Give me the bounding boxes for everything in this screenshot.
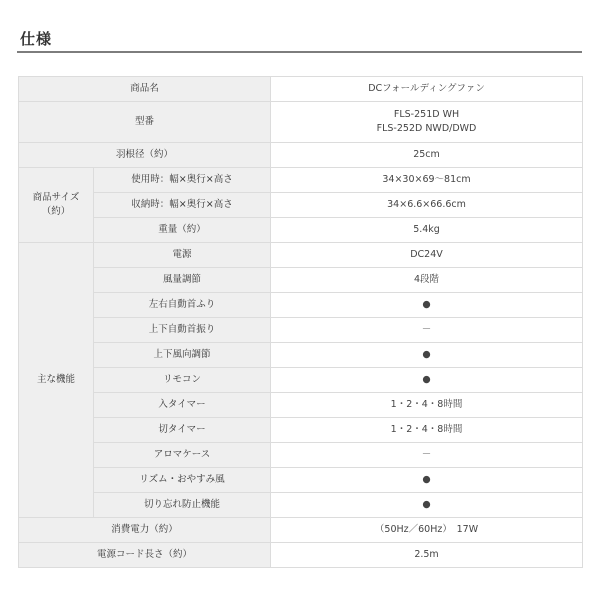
- row-value: 1・2・4・8時間: [271, 418, 583, 443]
- row-label: 上下風向調節: [94, 343, 271, 368]
- table-row-ud-swing: 上下自動首振り －: [19, 318, 583, 343]
- row-label: 消費電力（約）: [19, 518, 271, 543]
- model-line-2: FLS-252D NWD/DWD: [271, 122, 582, 136]
- row-value: 25cm: [271, 143, 583, 168]
- group-label-line-2: （約）: [19, 205, 93, 219]
- row-label: 商品名: [19, 77, 271, 102]
- row-value: ●: [271, 493, 583, 518]
- table-row-power-source: 主な機能 電源 DC24V: [19, 243, 583, 268]
- table-row-on-timer: 入タイマー 1・2・4・8時間: [19, 393, 583, 418]
- row-label: 電源: [94, 243, 271, 268]
- group-label-line-1: 商品サイズ: [19, 191, 93, 205]
- group-label-functions: 主な機能: [19, 243, 94, 518]
- row-value: －: [271, 443, 583, 468]
- table-row-lr-swing: 左右自動首ふり ●: [19, 293, 583, 318]
- row-label: 羽根径（約）: [19, 143, 271, 168]
- table-row-ud-direction: 上下風向調節 ●: [19, 343, 583, 368]
- table-row-consumption: 消費電力（約） （50Hz／60Hz） 17W: [19, 518, 583, 543]
- spec-table: 商品名 DCフォールディングファン 型番 FLS-251D WH FLS-252…: [18, 76, 583, 568]
- row-label: 重量（約）: [94, 218, 271, 243]
- table-row-remote: リモコン ●: [19, 368, 583, 393]
- group-label-size: 商品サイズ （約）: [19, 168, 94, 243]
- row-value: 34×6.6×66.6cm: [271, 193, 583, 218]
- row-label: 型番: [19, 102, 271, 143]
- row-value: ●: [271, 368, 583, 393]
- row-value: 5.4kg: [271, 218, 583, 243]
- title-divider: [17, 51, 582, 53]
- row-value: －: [271, 318, 583, 343]
- table-row-size-use: 商品サイズ （約） 使用時：幅×奥行×高さ 34×30×69～81cm: [19, 168, 583, 193]
- row-value: 4段階: [271, 268, 583, 293]
- row-label: リズム・おやすみ風: [94, 468, 271, 493]
- table-row-aroma: アロマケース －: [19, 443, 583, 468]
- row-value: ●: [271, 343, 583, 368]
- row-value: ●: [271, 468, 583, 493]
- table-row-size-store: 収納時：幅×奥行×高さ 34×6.6×66.6cm: [19, 193, 583, 218]
- row-label: 上下自動首振り: [94, 318, 271, 343]
- row-label: 使用時：幅×奥行×高さ: [94, 168, 271, 193]
- row-value: 1・2・4・8時間: [271, 393, 583, 418]
- model-line-1: FLS-251D WH: [271, 108, 582, 122]
- row-label: 風量調節: [94, 268, 271, 293]
- row-label: 切り忘れ防止機能: [94, 493, 271, 518]
- table-row-rhythm: リズム・おやすみ風 ●: [19, 468, 583, 493]
- table-row-off-timer: 切タイマー 1・2・4・8時間: [19, 418, 583, 443]
- table-row-airflow: 風量調節 4段階: [19, 268, 583, 293]
- page-title: 仕様: [20, 28, 52, 49]
- table-row-weight: 重量（約） 5.4kg: [19, 218, 583, 243]
- table-row-cord: 電源コード長さ（約） 2.5m: [19, 543, 583, 568]
- row-label: 左右自動首ふり: [94, 293, 271, 318]
- row-value: DC24V: [271, 243, 583, 268]
- table-row-product-name: 商品名 DCフォールディングファン: [19, 77, 583, 102]
- row-value: （50Hz／60Hz） 17W: [271, 518, 583, 543]
- row-label: 入タイマー: [94, 393, 271, 418]
- table-row-auto-off: 切り忘れ防止機能 ●: [19, 493, 583, 518]
- row-label: リモコン: [94, 368, 271, 393]
- table-row-model: 型番 FLS-251D WH FLS-252D NWD/DWD: [19, 102, 583, 143]
- table-row-blade: 羽根径（約） 25cm: [19, 143, 583, 168]
- row-value: ●: [271, 293, 583, 318]
- row-value: FLS-251D WH FLS-252D NWD/DWD: [271, 102, 583, 143]
- row-value: 34×30×69～81cm: [271, 168, 583, 193]
- row-value: 2.5m: [271, 543, 583, 568]
- row-label: 電源コード長さ（約）: [19, 543, 271, 568]
- row-label: 切タイマー: [94, 418, 271, 443]
- row-label: 収納時：幅×奥行×高さ: [94, 193, 271, 218]
- row-label: アロマケース: [94, 443, 271, 468]
- row-value: DCフォールディングファン: [271, 77, 583, 102]
